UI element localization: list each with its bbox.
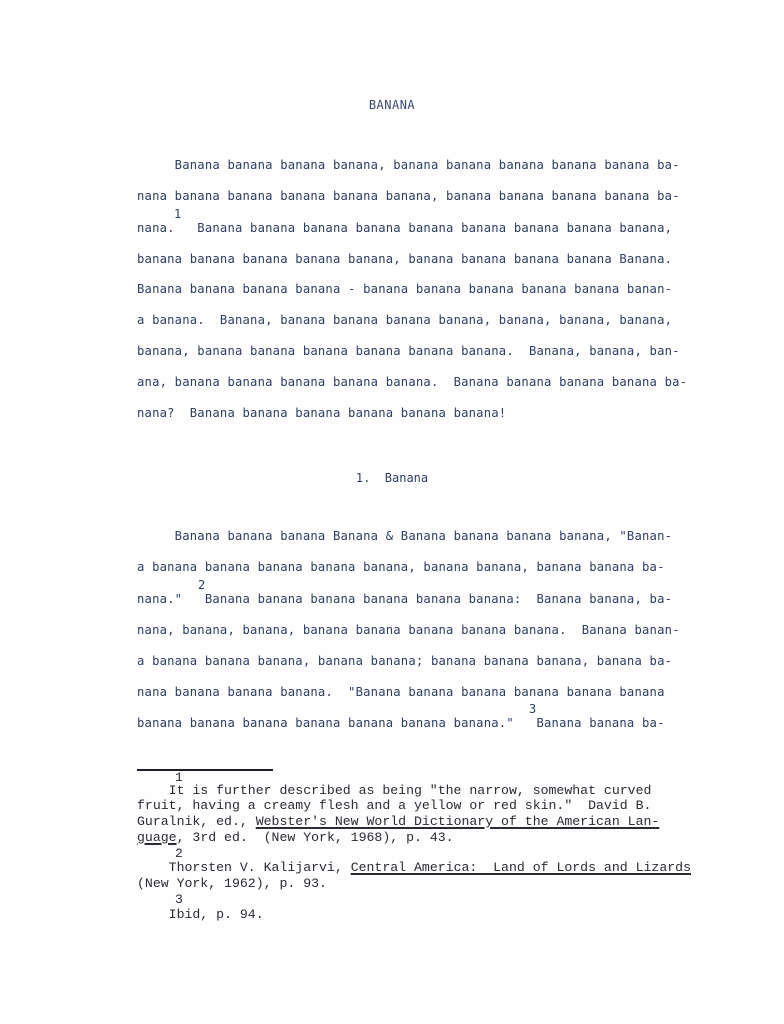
footnote-book-title: guage [137, 830, 177, 845]
text-line: ana, banana banana banana banana banana.… [137, 375, 687, 389]
footnote-author: Thorsten V. Kalijarvi, [137, 860, 351, 875]
text-line: nana banana banana banana. "Banana banan… [137, 685, 665, 699]
text-line: Banana banana banana banana - banana ban… [137, 282, 672, 296]
text-line: banana banana banana banana banana banan… [137, 716, 665, 730]
text-line: banana, banana banana banana banana bana… [137, 344, 680, 358]
section-heading: 1. Banana [0, 471, 784, 485]
text-line: a banana banana banana, banana banana; b… [137, 654, 672, 668]
text-line: nana, banana, banana, banana banana bana… [137, 623, 680, 637]
page-title: BANANA [0, 98, 784, 112]
footnote-line: It is further described as being "the na… [137, 783, 651, 798]
footnote-book-title: Webster's New World Dictionary of the Am… [256, 814, 660, 829]
footnote-line: Ibid, p. 94. [137, 907, 264, 922]
footnote-ref-2: 2 [198, 578, 205, 592]
footnote-line: Guralnik, ed., Webster's New World Dicti… [137, 814, 659, 829]
text-line: Banana banana banana Banana & Banana ban… [137, 529, 672, 543]
text-line: nana? Banana banana banana banana banana… [137, 406, 506, 420]
footnote-book-title: Central America: Land of Lords and Lizar… [351, 860, 691, 875]
footnote-citation: , 3rd ed. (New York, 1968), p. 43. [177, 830, 454, 845]
footnote-line: fruit, having a creamy flesh and a yello… [137, 798, 651, 813]
footnote-line: Thorsten V. Kalijarvi, Central America: … [137, 860, 691, 875]
footnote-author: Guralnik, ed., [137, 814, 256, 829]
text-line: banana banana banana banana banana, bana… [137, 252, 672, 266]
text-line: nana banana banana banana banana banana,… [137, 189, 680, 203]
text-line: a banana banana banana banana banana, ba… [137, 560, 665, 574]
footnote-ref-3: 3 [529, 702, 536, 716]
footnote-line: guage, 3rd ed. (New York, 1968), p. 43. [137, 830, 454, 845]
footnote-line: (New York, 1962), p. 93. [137, 876, 327, 891]
text-line: nana. Banana banana banana banana banana… [137, 221, 672, 235]
footnote-number: 3 [175, 892, 183, 907]
typewritten-page: BANANA Banana banana banana banana, bana… [0, 0, 784, 1024]
footnote-ref-1: 1 [174, 207, 181, 221]
text-line: a banana. Banana, banana banana banana b… [137, 313, 672, 327]
footnote-separator [137, 769, 273, 771]
text-line: Banana banana banana banana, banana bana… [137, 158, 680, 172]
footnote-number: 2 [175, 846, 183, 861]
text-line: nana." Banana banana banana banana banan… [137, 592, 672, 606]
